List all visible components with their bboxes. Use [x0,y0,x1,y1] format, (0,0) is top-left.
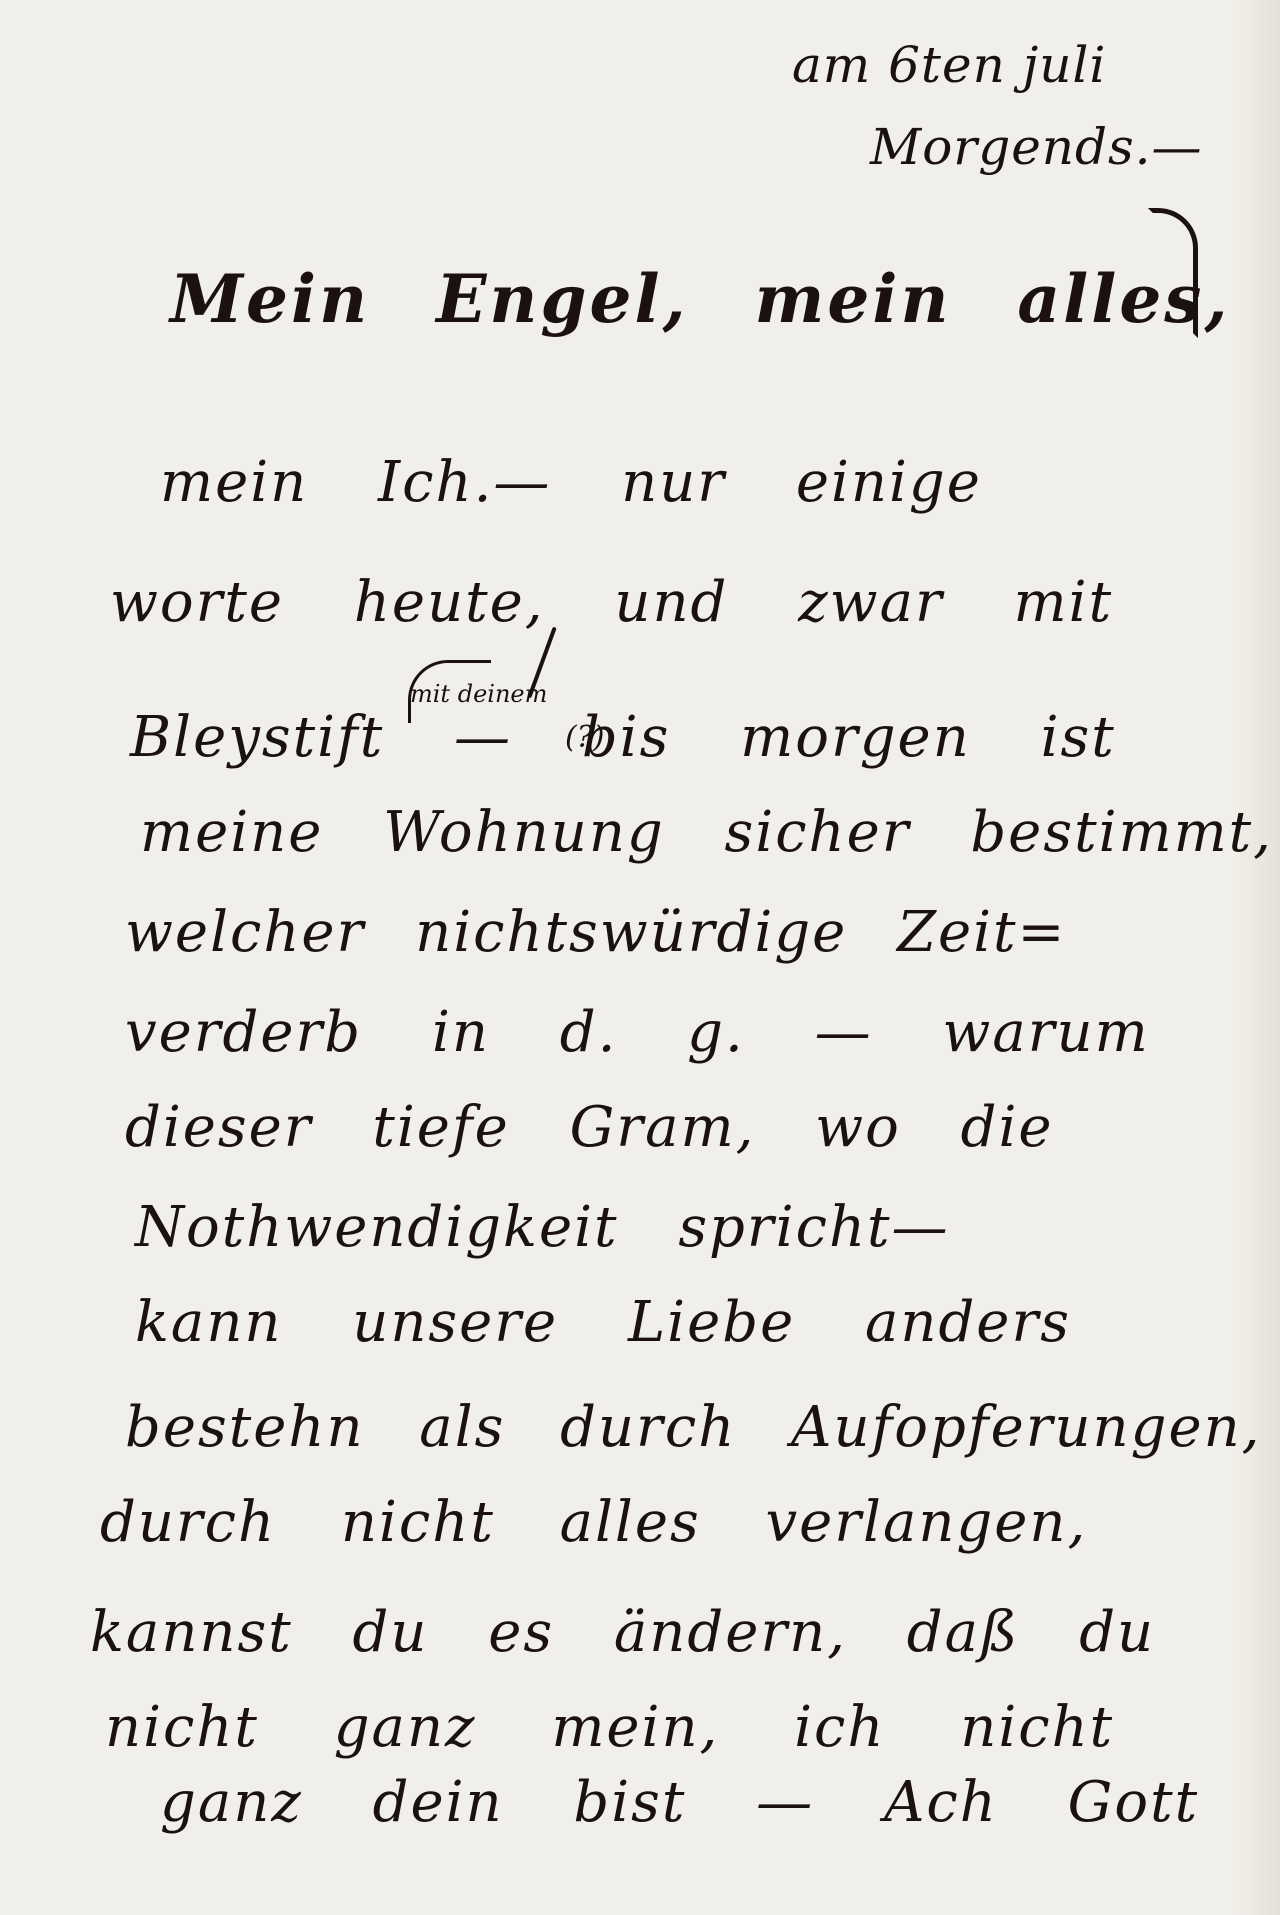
body-line-3: Bleystift — bis morgen ist [130,705,1116,770]
body-line-10: bestehn als durch Aufopferungen, [125,1395,1261,1460]
date-line: am 6ten juli [792,36,1106,94]
salutation: Mein Engel, mein alles, [170,260,1230,338]
body-line-7: dieser tiefe Gram, wo die [125,1095,1054,1160]
body-line-11: durch nicht alles verlangen, [100,1490,1087,1555]
body-line-8: Nothwendigkeit spricht— [135,1195,950,1260]
body-line-4: meine Wohnung sicher bestimmt, [140,800,1273,865]
time-line: Morgends.— [870,118,1203,176]
body-line-5: welcher nichtswürdige Zeit= [125,900,1066,965]
body-line-2: worte heute, und zwar mit [110,570,1113,635]
body-line-14: ganz dein bist — Ach Gott [160,1770,1199,1835]
letter-page: am 6ten juli Morgends.— Mein Engel, mein… [0,0,1280,1915]
body-line-12: kannst du es ändern, daß du [90,1600,1155,1665]
body-line-6: verderb in d. g. — warum [125,1000,1150,1065]
body-line-1: mein Ich.— nur einige [160,450,982,515]
body-line-13: nicht ganz mein, ich nicht [105,1695,1114,1760]
body-line-9: kann unsere Liebe anders [135,1290,1071,1355]
